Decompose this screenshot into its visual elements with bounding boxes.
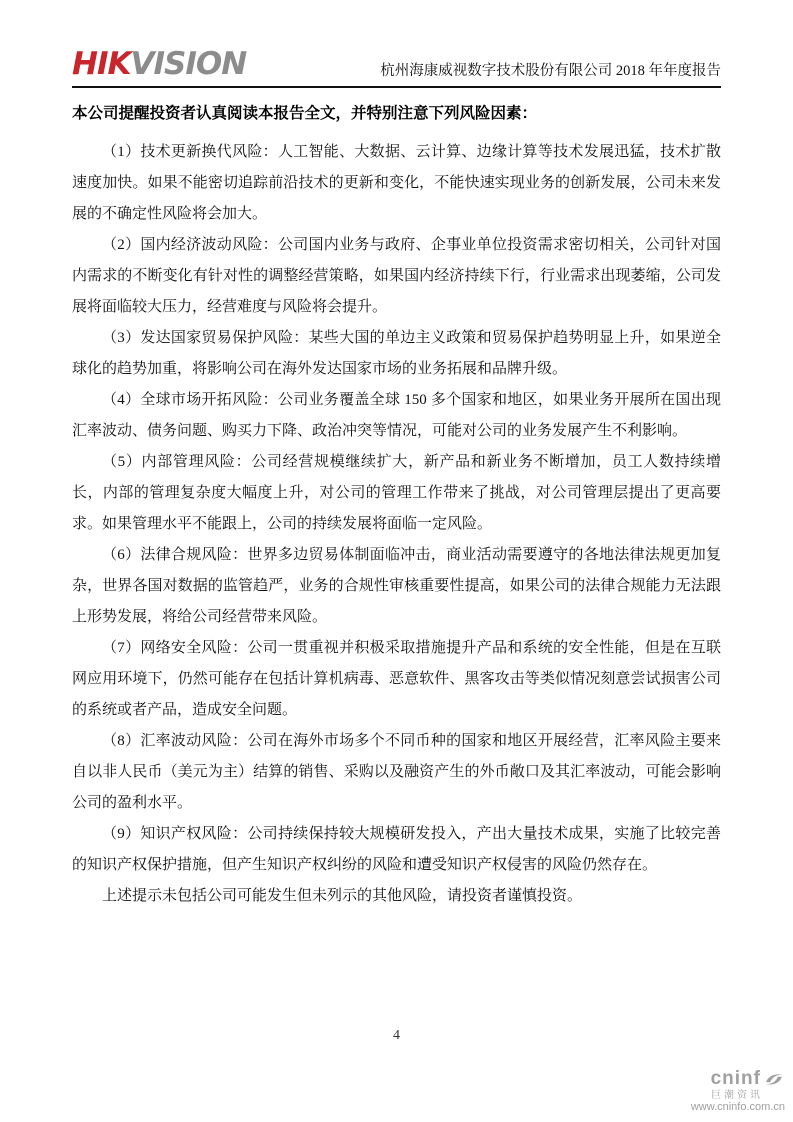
risk-paragraph-6: （6）法律合规风险：世界多边贸易体制面临冲击，商业活动需要遵守的各地法律法规更加…	[72, 540, 721, 633]
cninfo-watermark: cninf 巨潮资讯 www.cninfo.com.cn	[691, 1068, 785, 1114]
risk-paragraph-9: （9）知识产权风险：公司持续保持较大规模研发投入，产出大量技术成果，实施了比较完…	[72, 819, 721, 881]
page-header: HIKVISION 杭州海康威视数字技术股份有限公司 2018 年年度报告	[72, 0, 721, 88]
notice-heading: 本公司提醒投资者认真阅读本报告全文，并特别注意下列风险因素：	[72, 102, 721, 126]
cninfo-url: www.cninfo.com.cn	[691, 1101, 785, 1114]
risk-factors-section: 本公司提醒投资者认真阅读本报告全文，并特别注意下列风险因素： （1）技术更新换代…	[72, 90, 721, 912]
cninfo-logo-text: cninf	[711, 1068, 761, 1090]
closing-note-paragraph: 上述提示未包括公司可能发生但未列示的其他风险，请投资者谨慎投资。	[72, 881, 721, 912]
risk-paragraph-4: （4）全球市场开拓风险：公司业务覆盖全球 150 多个国家和地区，如果业务开展所…	[72, 385, 721, 447]
report-header-title: 杭州海康威视数字技术股份有限公司 2018 年年度报告	[380, 59, 721, 86]
hikvision-logo: HIKVISION	[72, 49, 246, 86]
cninfo-swirl-icon	[763, 1068, 785, 1090]
report-page: HIKVISION 杭州海康威视数字技术股份有限公司 2018 年年度报告 本公…	[0, 0, 793, 1122]
cninfo-chinese-name: 巨潮资讯	[691, 1090, 763, 1102]
risk-paragraph-3: （3）发达国家贸易保护风险：某些大国的单边主义政策和贸易保护趋势明显上升，如果逆…	[72, 323, 721, 385]
risk-paragraph-7: （7）网络安全风险：公司一贯重视并积极采取措施提升产品和系统的安全性能，但是在互…	[72, 633, 721, 726]
logo-hik-text: HIK	[72, 46, 131, 82]
risk-paragraph-2: （2）国内经济波动风险：公司国内业务与政府、企事业单位投资需求密切相关，公司针对…	[72, 230, 721, 323]
risk-paragraph-1: （1）技术更新换代风险：人工智能、大数据、云计算、边缘计算等技术发展迅猛，技术扩…	[72, 137, 721, 230]
page-number: 4	[0, 1028, 793, 1044]
risk-paragraph-8: （8）汇率波动风险：公司在海外市场多个不同币种的国家和地区开展经营，汇率风险主要…	[72, 726, 721, 819]
risk-paragraph-5: （5）内部管理风险：公司经营规模继续扩大，新产品和新业务不断增加，员工人数持续增…	[72, 447, 721, 540]
logo-vision-text: VISION	[131, 46, 247, 82]
